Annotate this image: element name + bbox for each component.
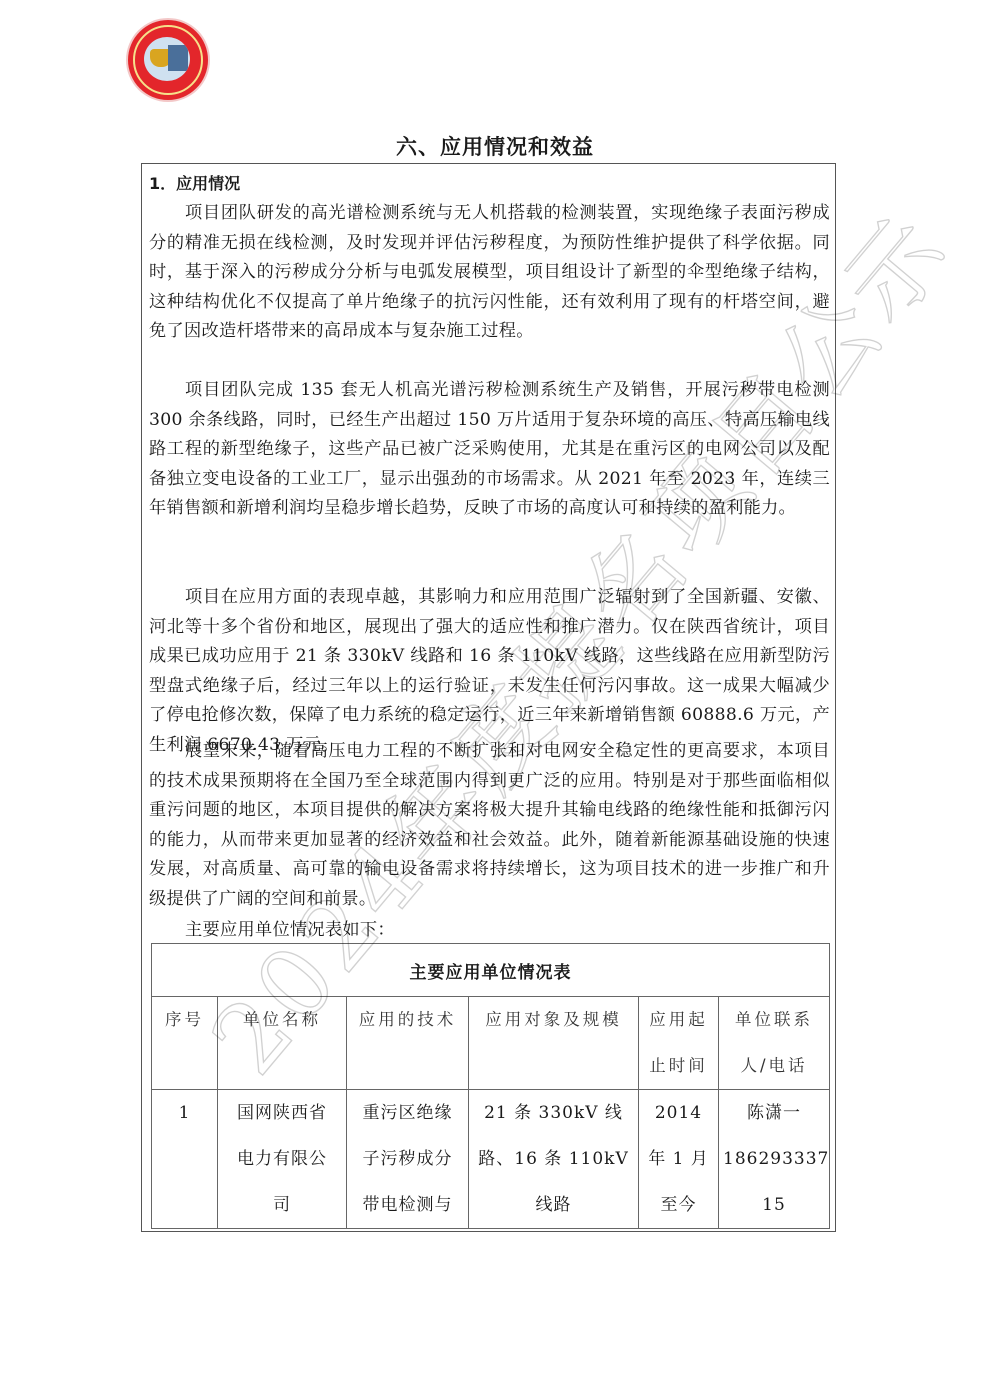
paragraph: 项目团队完成 135 套无人机高光谱污秽检测系统生产及销售，开展污秽带电检测 3… [149,376,830,524]
page-title: 六、应用情况和效益 [0,131,990,161]
paragraph: 展望未来，随着高压电力工程的不断扩张和对电网安全稳定性的更高要求，本项目的技术成… [149,737,830,914]
building-icon [168,45,188,71]
header-scope: 应用对象及规模 [469,997,639,1090]
header-unit-name: 单位名称 [218,997,347,1090]
paragraph: 项目团队研发的高光谱检测系统与无人机搭载的检测装置，实现绝缘子表面污秽成分的精准… [149,199,830,347]
cell-contact: 陈潇一18629333715 [719,1090,830,1229]
paragraph: 项目在应用方面的表现卓越，其影响力和应用范围广泛辐射到了全国新疆、安徽、河北等十… [149,583,830,760]
table-row: 1 国网陕西省电力有限公司 重污区绝缘子污秽成分带电检测与 21 条 330kV… [152,1090,830,1229]
header-period: 应用起止时间 [639,997,719,1090]
cell-index: 1 [152,1090,218,1229]
paragraph: 主要应用单位情况表如下： [149,916,830,946]
cell-scope: 21 条 330kV 线路、16 条 110kV线路 [469,1090,639,1229]
header-technology: 应用的技术 [347,997,469,1090]
application-units-table: 主要应用单位情况表 序号 单位名称 应用的技术 应用对象及规模 应用起止时间 单… [151,943,830,1229]
section-heading: 1．应用情况 [149,171,240,194]
cell-period: 2014年 1 月至今 [639,1090,719,1229]
organization-seal-icon [128,20,208,100]
seal-emblem [144,37,190,81]
cell-unit-name: 国网陕西省电力有限公司 [218,1090,347,1229]
header-contact: 单位联系人/电话 [719,997,830,1090]
table-caption: 主要应用单位情况表 [152,944,830,997]
table-header-row: 序号 单位名称 应用的技术 应用对象及规模 应用起止时间 单位联系人/电话 [152,997,830,1090]
header-index: 序号 [152,997,218,1090]
cell-technology: 重污区绝缘子污秽成分带电检测与 [347,1090,469,1229]
